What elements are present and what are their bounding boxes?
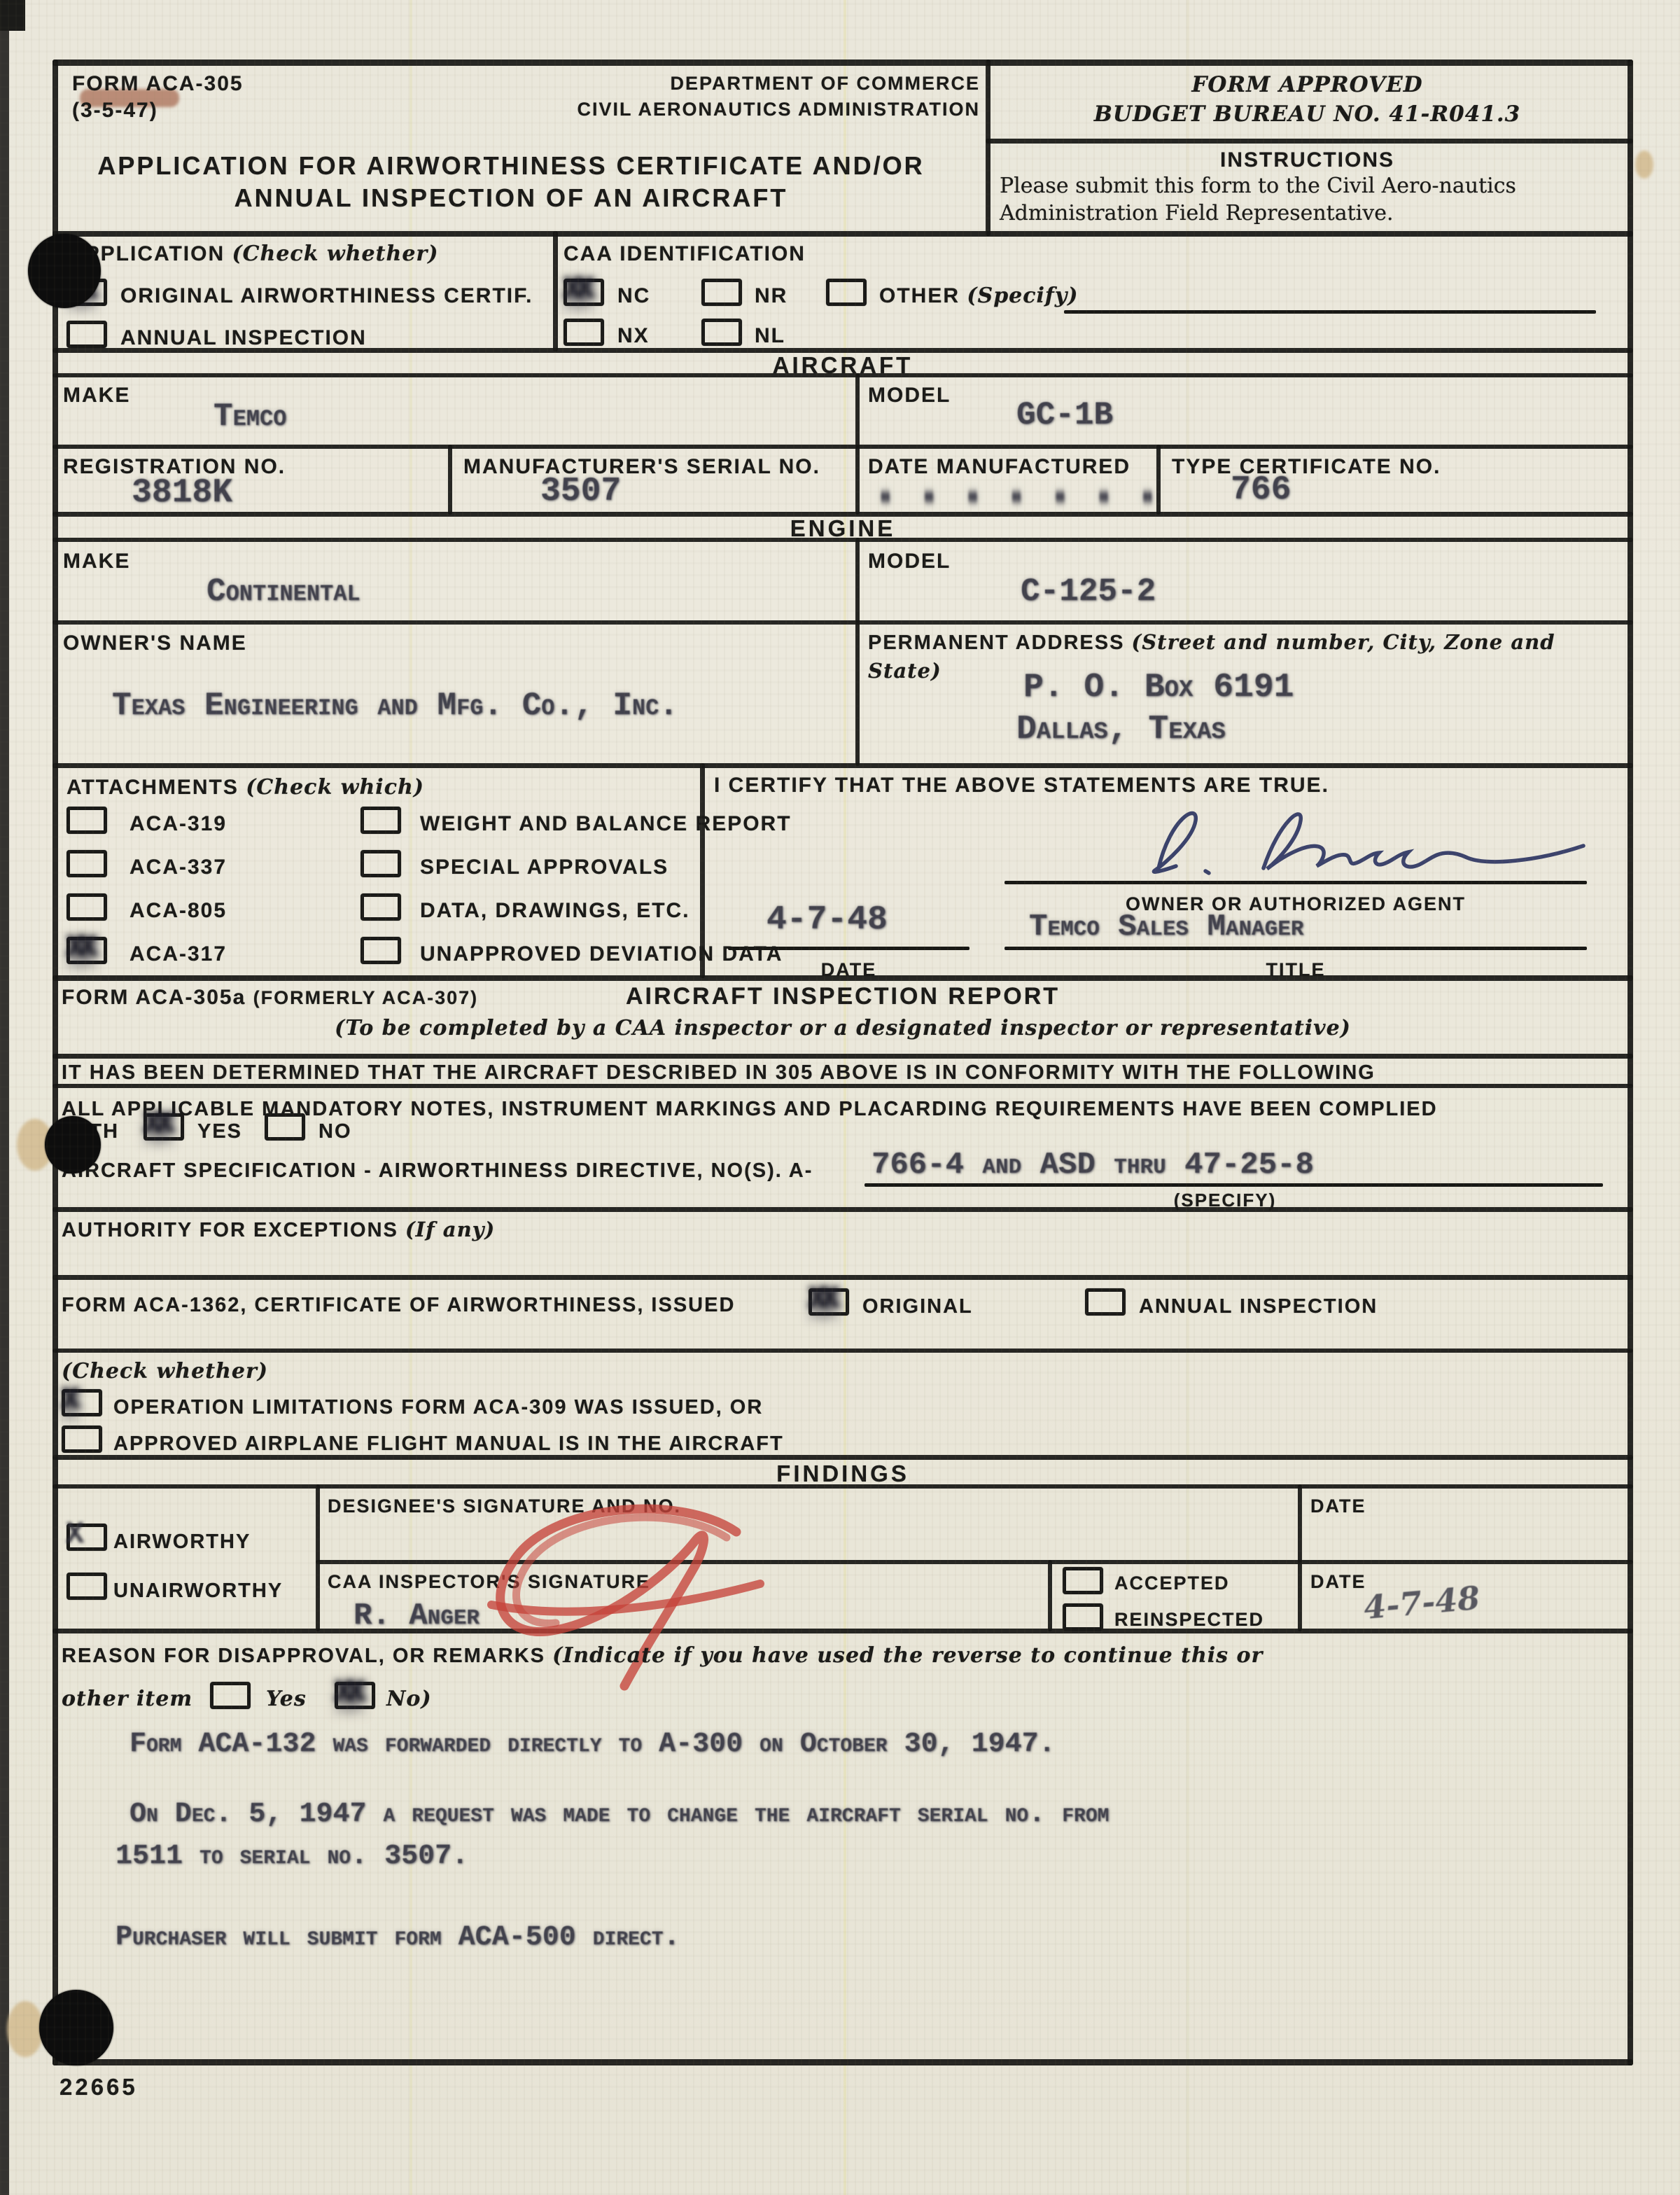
spec-directive-value: 766-4 and ASD thru 47-25-8 bbox=[871, 1150, 1314, 1180]
specify-caption: (SPECIFY) bbox=[1050, 1190, 1400, 1211]
special-approvals-label: SPECIAL APPROVALS bbox=[420, 856, 668, 880]
remarks-italic-note: (Indicate if you have used the reverse t… bbox=[552, 1643, 1263, 1668]
nc-label: NC bbox=[617, 284, 650, 309]
remarks-other-item: other item bbox=[62, 1687, 192, 1712]
accepted-label: ACCEPTED bbox=[1114, 1573, 1230, 1594]
date-caption: DATE bbox=[728, 959, 969, 981]
inspector-name-value: R. Anger bbox=[353, 1601, 479, 1631]
remarks-printed-text: REASON FOR DISAPPROVAL, OR REMARKS bbox=[62, 1645, 545, 1667]
checkbox-other[interactable] bbox=[826, 279, 867, 306]
checkbox-special-approvals[interactable] bbox=[360, 850, 401, 877]
aircraft-section-title: AIRCRAFT bbox=[52, 352, 1633, 379]
other-label: OTHER (Specify) bbox=[879, 284, 1078, 309]
application-note: (Check whether) bbox=[232, 242, 438, 266]
checkbox-aca-319[interactable] bbox=[66, 807, 107, 834]
checkbox-mark: XX bbox=[808, 1282, 834, 1317]
aca-337-label: ACA-337 bbox=[129, 856, 227, 880]
signature-field[interactable] bbox=[1004, 881, 1587, 884]
department-line: DEPARTMENT OF COMMERCE bbox=[420, 73, 980, 95]
other-specify-field[interactable] bbox=[1064, 310, 1596, 314]
rule bbox=[52, 1054, 1633, 1059]
divider bbox=[855, 445, 860, 515]
airworthy-label: AIRWORTHY bbox=[113, 1531, 251, 1554]
check-whether-note: (Check whether) bbox=[62, 1360, 268, 1384]
compliance-yes-label: YES bbox=[197, 1120, 242, 1143]
rule bbox=[52, 445, 1633, 449]
rule bbox=[52, 231, 1633, 237]
divider bbox=[855, 620, 860, 766]
rule bbox=[52, 1629, 1633, 1633]
reinspected-label: REINSPECTED bbox=[1114, 1609, 1264, 1631]
scanner-corner-blob bbox=[0, 0, 25, 31]
hole-punch bbox=[39, 1990, 113, 2065]
aircraft-make-label: MAKE bbox=[63, 384, 130, 408]
checkbox-unapproved-deviation[interactable] bbox=[360, 937, 401, 964]
red-scrawl-mark bbox=[462, 1498, 826, 1666]
checkbox-compliance-no[interactable] bbox=[265, 1113, 305, 1141]
divider bbox=[986, 60, 990, 236]
checkbox-weight-balance[interactable] bbox=[360, 807, 401, 834]
engine-model-value: C-125-2 bbox=[1021, 576, 1156, 608]
checkbox-annual-inspection[interactable] bbox=[66, 321, 107, 348]
address-line2-value: Dallas, Texas bbox=[1016, 713, 1226, 746]
type-certificate-value: 766 bbox=[1231, 473, 1291, 507]
inspection-report-title: AIRCRAFT INSPECTION REPORT bbox=[52, 983, 1633, 1010]
annual-inspection-label: ANNUAL INSPECTION bbox=[120, 326, 367, 351]
divider bbox=[1048, 1560, 1052, 1631]
checkbox-nx[interactable] bbox=[563, 319, 604, 346]
issued-annual-label: ANNUAL INSPECTION bbox=[1139, 1295, 1378, 1318]
remark-line: On Dec. 5, 1947 a request was made to ch… bbox=[129, 1801, 1109, 1829]
rule bbox=[52, 763, 1633, 768]
title-caption: TITLE bbox=[1004, 959, 1587, 981]
determined-statement: IT HAS BEEN DETERMINED THAT THE AIRCRAFT… bbox=[62, 1061, 1375, 1085]
engine-section-title: ENGINE bbox=[52, 515, 1633, 542]
original-airworthiness-label: ORIGINAL AIRWORTHINESS CERTIF. bbox=[120, 284, 533, 309]
other-specify-note: (Specify) bbox=[967, 284, 1078, 308]
attachments-label: ATTACHMENTS (Check which) bbox=[66, 776, 424, 800]
authority-exceptions-label: AUTHORITY FOR EXCEPTIONS (If any) bbox=[62, 1218, 495, 1242]
title-field[interactable] bbox=[1004, 947, 1587, 950]
page-title-line2: ANNUAL INSPECTION OF AN AIRCRAFT bbox=[59, 183, 962, 212]
findings-date-bottom-label: DATE bbox=[1310, 1571, 1366, 1593]
checkbox-nc[interactable]: XX bbox=[563, 279, 604, 306]
checkbox-operation-limitations[interactable]: X bbox=[62, 1389, 102, 1416]
spec-directive-statement: AIRCRAFT SPECIFICATION - AIRWORTHINESS D… bbox=[62, 1159, 813, 1183]
findings-section-title: FINDINGS bbox=[52, 1461, 1633, 1487]
checkbox-issued-annual[interactable] bbox=[1085, 1288, 1126, 1316]
checkbox-reverse-no[interactable]: XX bbox=[335, 1682, 375, 1709]
certify-title-value: Temco Sales Manager bbox=[1029, 912, 1303, 942]
serial-number-label: MANUFACTURER'S SERIAL NO. bbox=[463, 455, 820, 480]
checkbox-nl[interactable] bbox=[701, 319, 742, 346]
attachments-label-text: ATTACHMENTS bbox=[66, 776, 239, 799]
instructions-body: Please submit this form to the Civil Aer… bbox=[1000, 172, 1623, 227]
paper-speck bbox=[1635, 151, 1653, 179]
checkbox-mark: XX bbox=[143, 1107, 169, 1142]
checkbox-issued-original[interactable]: XX bbox=[808, 1288, 849, 1316]
checkbox-aca-337[interactable] bbox=[66, 850, 107, 877]
checkbox-mark: X bbox=[61, 1383, 73, 1418]
checkbox-mark: XX bbox=[563, 272, 589, 307]
authority-note: (If any) bbox=[405, 1218, 495, 1241]
border-top bbox=[52, 60, 1633, 66]
aca-805-label: ACA-805 bbox=[129, 899, 227, 924]
engine-make-label: MAKE bbox=[63, 550, 130, 574]
page-title: APPLICATION FOR AIRWORTHINESS CERTIFICAT… bbox=[59, 151, 962, 180]
rule bbox=[52, 620, 1633, 625]
hole-punch bbox=[45, 1116, 101, 1173]
engine-make-value: Continental bbox=[206, 576, 360, 608]
checkbox-accepted[interactable] bbox=[1063, 1567, 1103, 1594]
weight-balance-label: WEIGHT AND BALANCE REPORT bbox=[420, 812, 792, 837]
hole-punch bbox=[28, 234, 101, 308]
aca-319-label: ACA-319 bbox=[129, 812, 227, 837]
nx-label: NX bbox=[617, 324, 650, 349]
owner-signature[interactable] bbox=[1120, 790, 1610, 888]
aircraft-model-value: GC-1B bbox=[1016, 399, 1113, 431]
remark-line: Purchaser will submit form ACA-500 direc… bbox=[115, 1924, 680, 1952]
checkbox-unairworthy[interactable] bbox=[66, 1573, 107, 1600]
paper-tear bbox=[7, 2001, 43, 2057]
application-label: APPLICATION (Check whether) bbox=[69, 242, 438, 267]
engine-model-label: MODEL bbox=[868, 550, 951, 574]
aca-317-label: ACA-317 bbox=[129, 942, 227, 967]
unairworthy-label: UNAIRWORTHY bbox=[113, 1580, 283, 1603]
serial-number-value: 3507 bbox=[540, 475, 621, 508]
aircraft-model-label: MODEL bbox=[868, 384, 951, 408]
owner-name-value: Texas Engineering and Mfg. Co., Inc. bbox=[112, 690, 678, 722]
divider bbox=[1298, 1484, 1302, 1631]
issued-original-label: ORIGINAL bbox=[862, 1295, 973, 1318]
checkbox-compliance-yes[interactable]: XX bbox=[143, 1113, 184, 1141]
border-bottom bbox=[52, 2059, 1633, 2065]
rule bbox=[52, 1349, 1633, 1353]
scanner-edge-strip bbox=[0, 0, 9, 2195]
checkbox-aca-317[interactable]: XX bbox=[66, 937, 107, 964]
remark-line: 1511 to serial no. 3507. bbox=[115, 1843, 468, 1871]
owner-name-label: OWNER'S NAME bbox=[63, 632, 247, 656]
rule bbox=[986, 139, 1633, 144]
nr-label: NR bbox=[755, 284, 787, 309]
divider bbox=[448, 445, 452, 515]
form-approved-label: FORM APPROVED bbox=[990, 73, 1624, 98]
type-certificate-label: TYPE CERTIFICATE NO. bbox=[1172, 455, 1441, 480]
checkbox-mark: XX bbox=[66, 931, 92, 966]
checkbox-reverse-yes[interactable] bbox=[210, 1682, 251, 1709]
authority-label-text: AUTHORITY FOR EXCEPTIONS bbox=[62, 1219, 398, 1241]
checkbox-aca-805[interactable] bbox=[66, 893, 107, 921]
checkbox-flight-manual[interactable] bbox=[62, 1426, 102, 1453]
reverse-yes-label: Yes bbox=[266, 1687, 307, 1712]
divider bbox=[316, 1484, 320, 1631]
findings-date-top-label: DATE bbox=[1310, 1496, 1366, 1517]
other-label-text: OTHER bbox=[879, 284, 960, 307]
remark-line: Form ACA-132 was forwarded directly to A… bbox=[129, 1731, 1056, 1759]
nl-label: NL bbox=[755, 324, 785, 349]
form-revision-date: (3-5-47) bbox=[72, 99, 158, 123]
findings-date-value: 4-7-48 bbox=[1362, 1579, 1481, 1626]
form-number: FORM ACA-305 bbox=[72, 72, 244, 97]
administration-line: CIVIL AERONAUTICS ADMINISTRATION bbox=[420, 99, 980, 120]
compliance-no-label: NO bbox=[318, 1120, 352, 1143]
checkbox-data-drawings[interactable] bbox=[360, 893, 401, 921]
checkbox-airworthy[interactable]: X bbox=[66, 1524, 107, 1551]
address-line1-value: P. O. Box 6191 bbox=[1023, 671, 1294, 704]
aircraft-make-value: Temco bbox=[213, 400, 286, 433]
divider bbox=[855, 538, 860, 623]
divider bbox=[855, 373, 860, 447]
address-label-text: PERMANENT ADDRESS bbox=[868, 632, 1124, 654]
attachments-note: (Check which) bbox=[246, 775, 424, 800]
spec-directive-field[interactable] bbox=[864, 1183, 1603, 1187]
caa-identification-label: CAA IDENTIFICATION bbox=[563, 242, 806, 267]
document-control-number: 22665 bbox=[59, 2074, 138, 2100]
operation-limitations-label: OPERATION LIMITATIONS FORM ACA-309 WAS I… bbox=[113, 1396, 763, 1419]
registration-number-value: 3818K bbox=[132, 476, 232, 510]
divider bbox=[553, 231, 558, 351]
budget-bureau-number: BUDGET BUREAU NO. 41-R041.3 bbox=[990, 102, 1624, 127]
certify-date-value: 4-7-48 bbox=[766, 903, 888, 937]
instructions-title: INSTRUCTIONS bbox=[990, 148, 1624, 173]
certificate-issued-statement: FORM ACA-1362, CERTIFICATE OF AIRWORTHIN… bbox=[62, 1294, 735, 1317]
data-drawings-label: DATA, DRAWINGS, ETC. bbox=[420, 899, 690, 924]
rule bbox=[52, 1275, 1633, 1280]
checkbox-nr[interactable] bbox=[701, 279, 742, 306]
reverse-no-label: No) bbox=[386, 1687, 432, 1712]
remarks-heading: REASON FOR DISAPPROVAL, OR REMARKS (Indi… bbox=[62, 1644, 1263, 1668]
date-field[interactable] bbox=[728, 947, 969, 950]
inspection-report-subtitle: (To be completed by a CAA inspector or a… bbox=[52, 1017, 1633, 1041]
flight-manual-label: APPROVED AIRPLANE FLIGHT MANUAL IS IN TH… bbox=[113, 1433, 784, 1456]
scanned-form-page: FORM ACA-305 (3-5-47) DEPARTMENT OF COMM… bbox=[0, 0, 1680, 2195]
checkbox-reinspected[interactable] bbox=[1063, 1603, 1103, 1631]
checkbox-mark: X bbox=[66, 1517, 78, 1552]
checkbox-mark: XX bbox=[334, 1675, 360, 1710]
